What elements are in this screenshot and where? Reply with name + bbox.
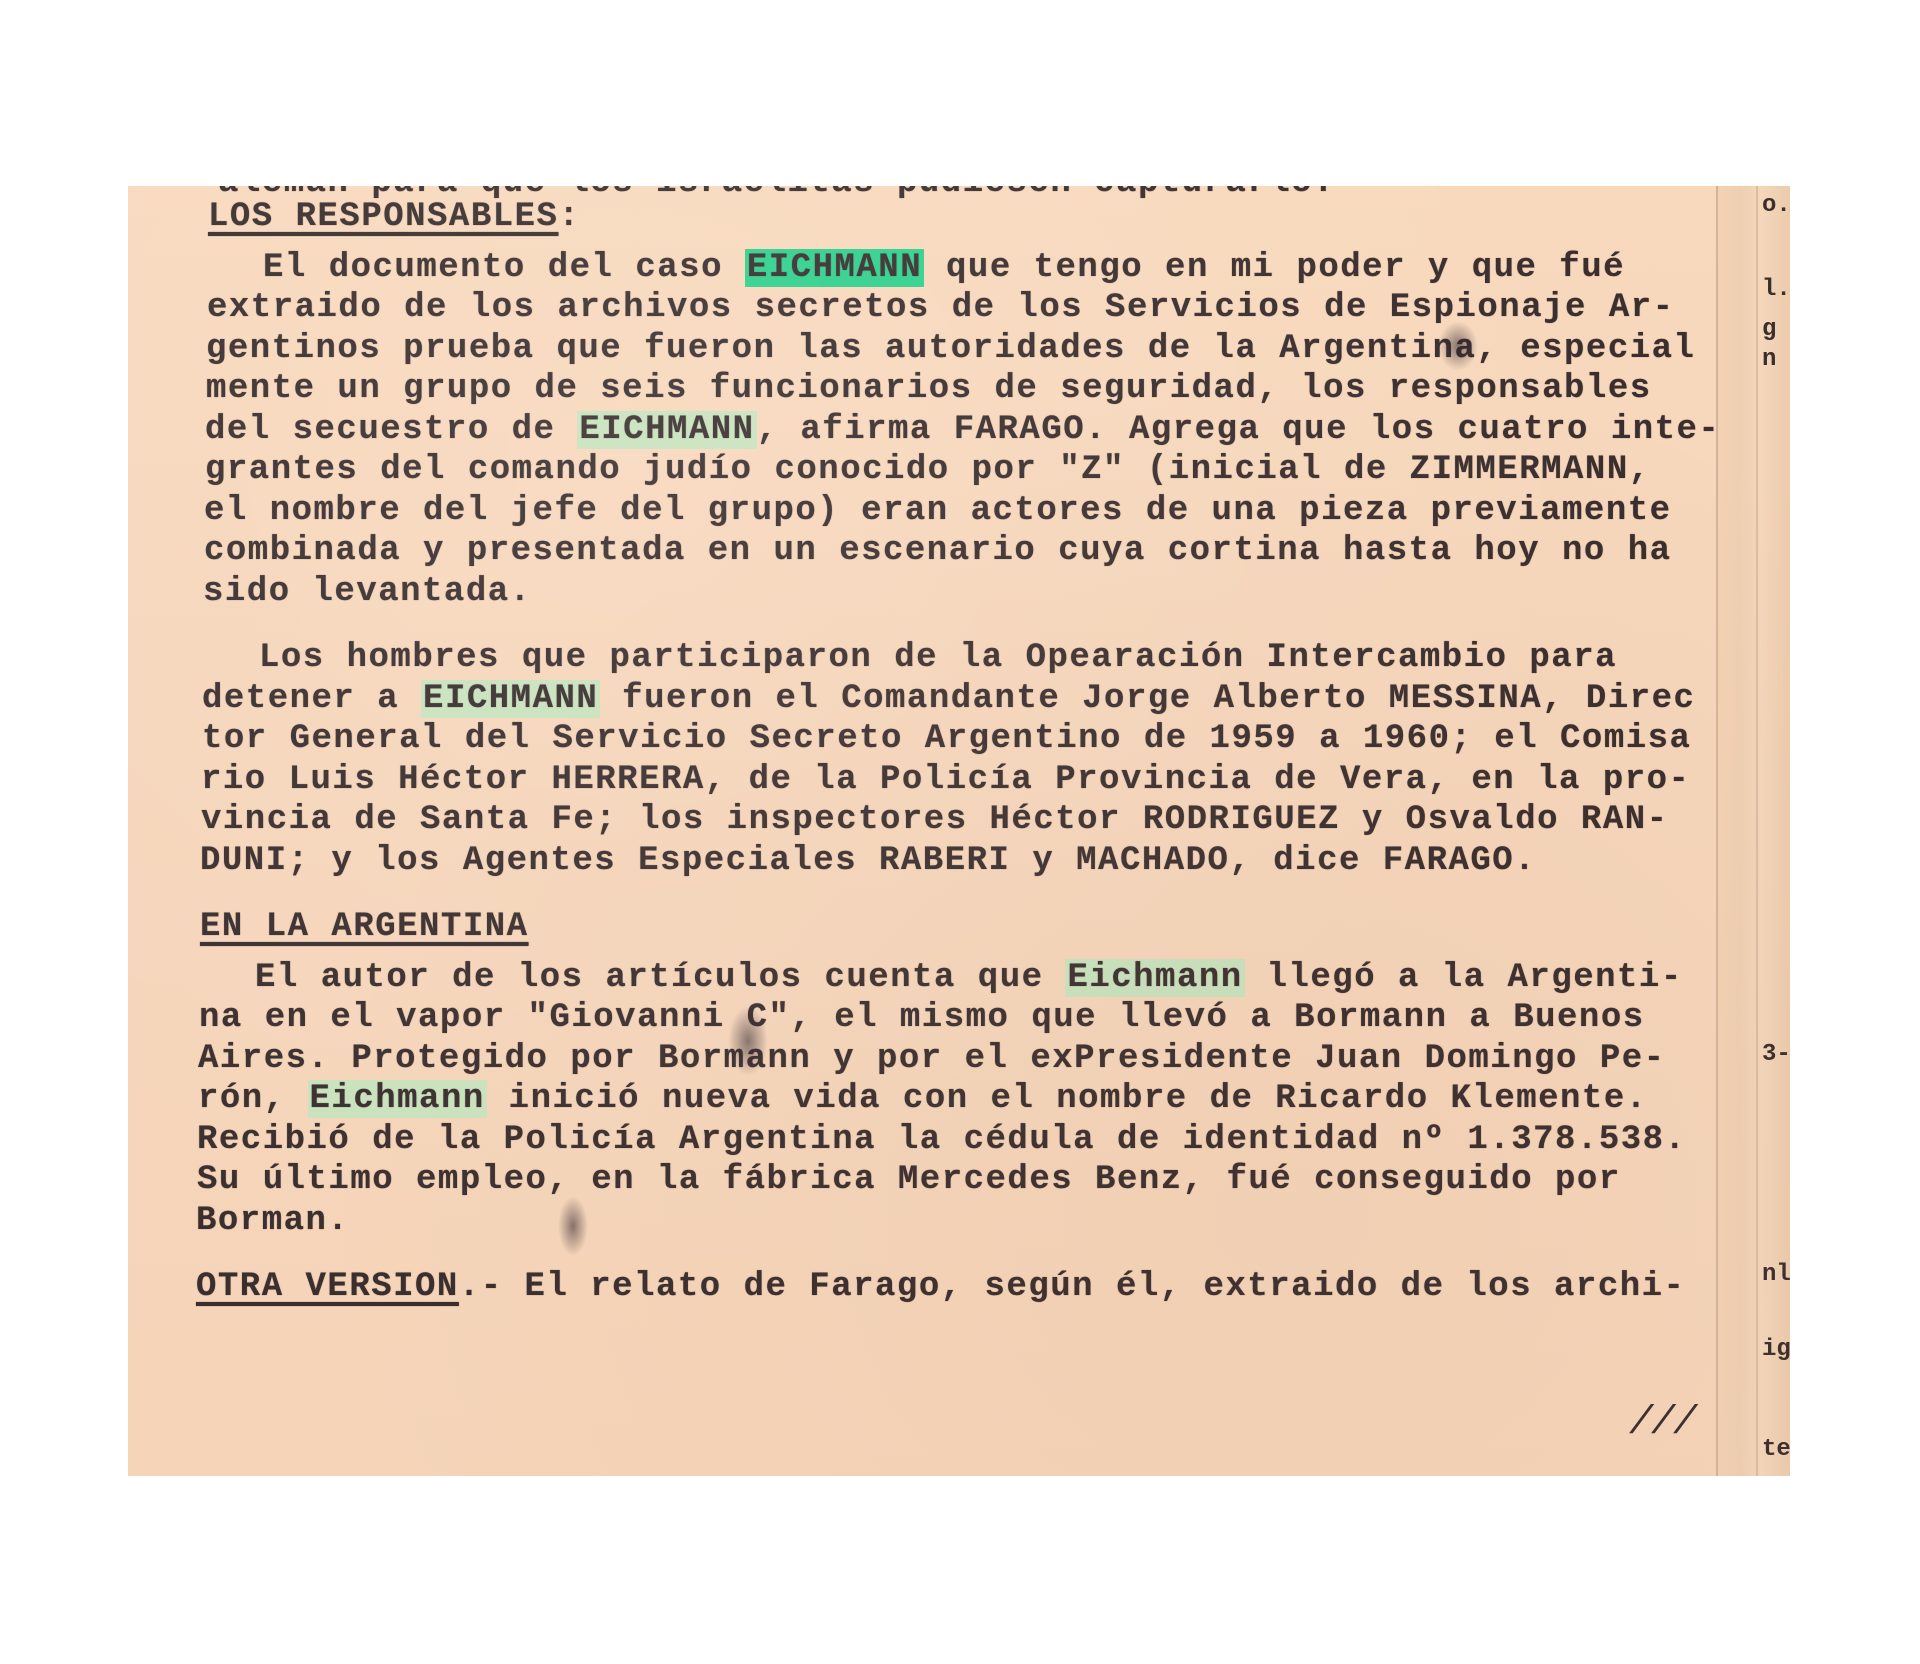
text-line: Borman. — [196, 1202, 349, 1240]
text-run: Borman. — [196, 1202, 349, 1240]
text-run: rio Luis Héctor HERRERA, de la Policía P… — [201, 761, 1690, 799]
section-heading-suffix: : — [558, 198, 580, 236]
text-run: Aires. Protegido por Bormann y por el ex… — [198, 1040, 1666, 1078]
text-run: na en el vapor "Giovanni C", el mismo qu… — [199, 999, 1645, 1037]
section-heading-text: EN LA ARGENTINA — [200, 908, 529, 946]
highlighted-name: EICHMANN — [421, 680, 600, 718]
text-run: llegó a la Argenti- — [1245, 959, 1683, 997]
text-line: detener a EICHMANN fueron el Comandante … — [202, 680, 1695, 718]
edge-fragment: o. — [1762, 192, 1790, 219]
page-fold — [1756, 186, 1758, 1476]
text-run: detener a — [202, 680, 421, 718]
text-run: Los hombres que participaron de la Opear… — [259, 639, 1617, 677]
text-line: sido levantada. — [203, 573, 532, 611]
text-run: El documento del caso — [263, 249, 745, 287]
section-heading-text: LOS RESPONSABLES — [208, 198, 558, 236]
text-line: vincia de Santa Fe; los inspectores Héct… — [201, 801, 1669, 839]
ink-smudge — [1438, 321, 1478, 371]
edge-fragment: te- — [1762, 1436, 1790, 1463]
text-line: El documento del caso EICHMANN que tengo… — [263, 249, 1625, 287]
text-run: grantes del comando judío conocido por "… — [205, 451, 1651, 489]
text-line: na en el vapor "Giovanni C", el mismo qu… — [199, 999, 1645, 1037]
text-run: que tengo en mi poder y que fué — [924, 249, 1625, 287]
section-heading: EN LA ARGENTINA — [200, 908, 529, 946]
text-run: Su último empleo, en la fábrica Mercedes… — [197, 1161, 1621, 1199]
highlighted-name: EICHMANN — [745, 249, 924, 287]
continuation-mark: /// — [1629, 1401, 1695, 1446]
text-line: del secuestro de EICHMANN, afirma FARAGO… — [205, 411, 1720, 449]
text-run: mente un grupo de seis funcionarios de s… — [206, 370, 1652, 408]
edge-fragment: l. — [1762, 276, 1790, 303]
text-line: rón, Eichmann inició nueva vida con el n… — [198, 1080, 1648, 1118]
ink-smudge — [558, 1196, 588, 1256]
edge-fragment: g — [1762, 316, 1776, 343]
edge-fragment: 3- — [1762, 1041, 1790, 1068]
text-run: rón, — [198, 1080, 308, 1118]
highlighted-name: Eichmann — [1065, 959, 1244, 997]
text-line: el nombre del jefe del grupo) eran actor… — [204, 492, 1672, 530]
highlighted-name: Eichmann — [308, 1080, 487, 1118]
text-line: grantes del comando judío conocido por "… — [205, 451, 1651, 489]
text-line: rio Luis Héctor HERRERA, de la Policía P… — [201, 761, 1690, 799]
text-run: fueron el Comandante Jorge Alberto MESSI… — [600, 680, 1695, 718]
text-line: mente un grupo de seis funcionarios de s… — [206, 370, 1652, 408]
text-run: , afirma FARAGO. Agrega que los cuatro i… — [757, 411, 1721, 449]
section-heading-text: OTRA VERSION — [196, 1268, 459, 1306]
text-line: DUNI; y los Agentes Especiales RABERI y … — [200, 842, 1536, 880]
adjacent-page-edge: o. l. g n 3- nl ig te- — [1716, 186, 1790, 1476]
edge-fragment: ig — [1762, 1336, 1790, 1363]
text-run: tor General del Servicio Secreto Argenti… — [202, 720, 1691, 758]
text-line: Los hombres que participaron de la Opear… — [259, 639, 1617, 677]
text-line: Aires. Protegido por Bormann y por el ex… — [198, 1040, 1666, 1078]
text-run: del secuestro de — [205, 411, 577, 449]
text-run: El autor de los artículos cuenta que — [255, 959, 1065, 997]
text-line: El autor de los artículos cuenta que Eic… — [255, 959, 1683, 997]
text-line: Recibió de la Policía Argentina la cédul… — [197, 1121, 1686, 1159]
edge-fragment: nl — [1762, 1261, 1790, 1288]
text-run: DUNI; y los Agentes Especiales RABERI y … — [200, 842, 1536, 880]
edge-fragment: n — [1762, 346, 1776, 373]
text-run: combinada y presentada en un escenario c… — [204, 532, 1672, 570]
text-run: el nombre del jefe del grupo) eran actor… — [204, 492, 1672, 530]
highlighted-name: EICHMANN — [577, 411, 756, 449]
text-line: tor General del Servicio Secreto Argenti… — [202, 720, 1691, 758]
text-run: inició nueva vida con el nombre de Ricar… — [487, 1080, 1648, 1118]
text-line: combinada y presentada en un escenario c… — [204, 532, 1672, 570]
section-heading: LOS RESPONSABLES: — [208, 198, 580, 236]
text-run: vincia de Santa Fe; los inspectores Héct… — [201, 801, 1669, 839]
section-heading-suffix: .- El relato de Farago, según él, extrai… — [459, 1268, 1686, 1306]
ink-smudge — [728, 1006, 768, 1076]
section-heading: OTRA VERSION.- El relato de Farago, segú… — [196, 1268, 1685, 1306]
text-run: Recibió de la Policía Argentina la cédul… — [197, 1121, 1686, 1159]
text-line: Su último empleo, en la fábrica Mercedes… — [197, 1161, 1621, 1199]
scanned-document-page: alemán para que los israelitas pudiesen … — [128, 186, 1790, 1476]
text-run: sido levantada. — [203, 573, 532, 611]
